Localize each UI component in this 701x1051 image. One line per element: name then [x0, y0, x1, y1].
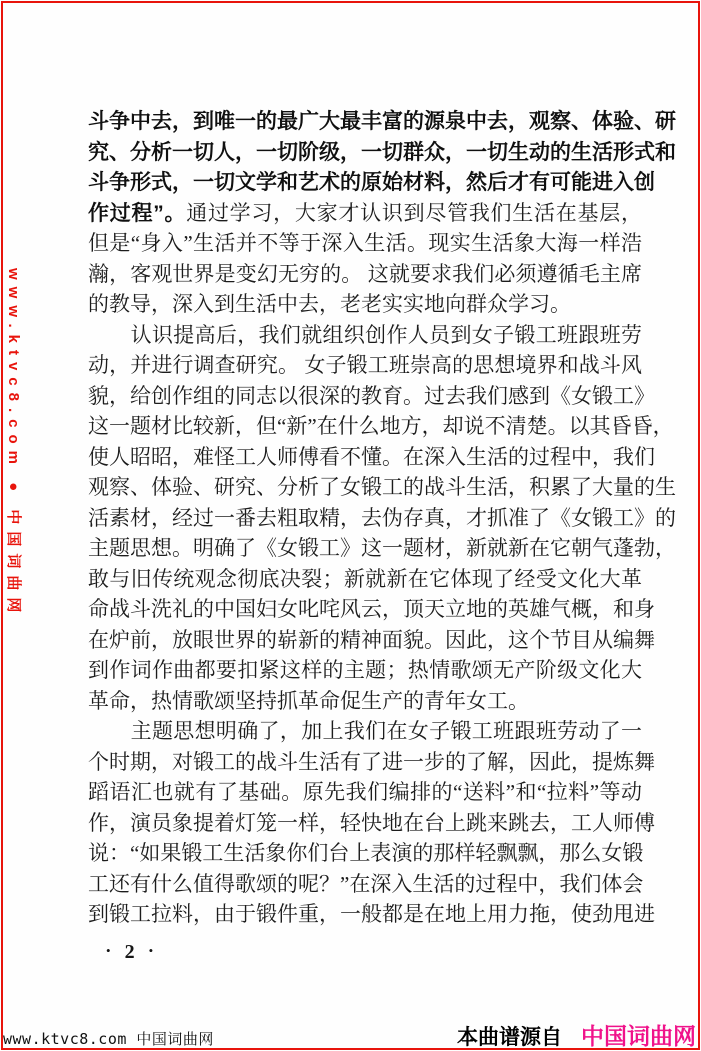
quote-text: 斗争中去，到唯一的最广大最丰富的源泉中去，观察、体验、研 — [88, 110, 676, 133]
body-text-segment: 到作词作曲都要扣紧这样的主题；热情歌颂无产阶级文化大 — [88, 658, 642, 682]
text-line: 瀚，客观世界是变幻无穷的。 这就要求我们必须遵循毛主席 — [88, 259, 642, 290]
text-line: 使人昭昭，难怪工人师傅看不懂。在深入生活的过程中，我们 — [88, 442, 642, 473]
quote-text: 斗争形式，一切文学和艺术的原始材料，然后才有可能进入创 — [88, 171, 655, 194]
text-line: 主题思想。明确了《女锻工》这一题材，新就新在它朝气蓬勃， — [88, 533, 642, 564]
watermark-footer-left: www.ktvc8.com 中国词曲网 — [3, 1028, 214, 1049]
text-line: 观察、体验、研究、分析了女锻工的战斗生活，积累了大量的生 — [88, 472, 642, 503]
body-text-segment: 敢与旧传统观念彻底决裂；新就新在它体现了经受文化大革 — [88, 567, 642, 591]
body-text-segment: 命战斗洗礼的中国妇女叱咤风云，顶天立地的英雄气概，和身 — [88, 597, 655, 621]
text-line: 主题思想明确了，加上我们在女子锻工班跟班劳动了一 — [88, 716, 642, 747]
text-line: 命战斗洗礼的中国妇女叱咤风云，顶天立地的英雄气概，和身 — [88, 594, 642, 625]
quote-text: 作过程”。 — [88, 202, 186, 225]
text-line: 作过程”。通过学习，大家才认识到尽管我们生活在基层， — [88, 198, 642, 229]
body-text-segment: 主题思想。明确了《女锻工》这一题材，新就新在它朝气蓬勃， — [88, 536, 676, 560]
body-text-segment: 使人昭昭，难怪工人师傅看不懂。在深入生活的过程中，我们 — [88, 445, 655, 469]
text-line: 这一题材比较新，但“新”在什么地方，却说不清楚。以其昏昏， — [88, 411, 642, 442]
body-text-segment: 动，并进行调查研究。 女子锻工班崇高的思想境界和战斗风 — [88, 353, 642, 377]
text-line: 革命，热情歌颂坚持抓革命促生产的青年女工。 — [88, 686, 642, 717]
watermark-footer-right: 本曲谱源自 中国词曲网 — [457, 1018, 696, 1051]
body-text-segment: 革命，热情歌颂坚持抓革命促生产的青年女工。 — [88, 689, 529, 713]
text-line: 蹈语汇也就有了基础。原先我们编排的“送料”和“拉料”等动 — [88, 777, 642, 808]
body-text-segment: 认识提高后，我们就组织创作人员到女子锻工班跟班劳 — [88, 323, 642, 347]
text-line: 敢与旧传统观念彻底决裂；新就新在它体现了经受文化大革 — [88, 564, 642, 595]
body-text-segment: 貌，给创作组的同志以很深的教育。过去我们感到《女锻工》 — [88, 384, 655, 408]
page-number-dot-left: • — [106, 943, 111, 958]
body-text-segment: 瀚，客观世界是变幻无穷的。 这就要求我们必须遵循毛主席 — [88, 262, 642, 286]
body-text-segment: 观察、体验、研究、分析了女锻工的战斗生活，积累了大量的生 — [88, 475, 676, 499]
body-text-segment: 主题思想明确了，加上我们在女子锻工班跟班劳动了一 — [88, 719, 642, 743]
body-text: 斗争中去，到唯一的最广大最丰富的源泉中去，观察、体验、研究、分析一切人，一切阶级… — [88, 106, 642, 930]
body-text-segment: 的教导，深入到生活中去，老老实实地向群众学习。 — [88, 292, 571, 316]
body-text-segment: 个时期，对锻工的战斗生活有了进一步的了解，因此，提炼舞 — [88, 750, 655, 774]
watermark-side-text: www.ktvc8.com ● 中国词曲网 — [4, 268, 25, 619]
page-number-dot-right: • — [149, 943, 154, 958]
body-text-segment: 这一题材比较新，但“新”在什么地方，却说不清楚。以其昏昏， — [88, 414, 674, 438]
page-number-value: 2 — [125, 941, 135, 963]
body-text-segment: 活素材，经过一番去粗取精，去伪存真，才抓准了《女锻工》的 — [88, 506, 676, 530]
footer-brand: 中国词曲网 — [581, 1018, 696, 1051]
body-text-segment: 作，演员象提着灯笼一样，轻快地在台上跳来跳去，工人师傅 — [88, 811, 655, 835]
body-text-segment: 但是“身入”生活并不等于深入生活。现实生活象大海一样浩 — [88, 231, 642, 255]
text-line: 斗争形式，一切文学和艺术的原始材料，然后才有可能进入创 — [88, 167, 642, 198]
text-line: 但是“身入”生活并不等于深入生活。现实生活象大海一样浩 — [88, 228, 642, 259]
body-text-segment: 到锻工拉料，由于锻件重，一般都是在地上用力拖，使劲甩进 — [88, 902, 655, 926]
text-line: 认识提高后，我们就组织创作人员到女子锻工班跟班劳 — [88, 320, 642, 351]
text-line: 到作词作曲都要扣紧这样的主题；热情歌颂无产阶级文化大 — [88, 655, 642, 686]
text-line: 在炉前，放眼世界的崭新的精神面貌。因此，这个节目从编舞 — [88, 625, 642, 656]
text-line: 活素材，经过一番去粗取精，去伪存真，才抓准了《女锻工》的 — [88, 503, 642, 534]
quote-text: 究、分析一切人，一切阶级，一切群众，一切生动的生活形式和 — [88, 141, 676, 164]
text-line: 貌，给创作组的同志以很深的教育。过去我们感到《女锻工》 — [88, 381, 642, 412]
text-line: 说：“如果锻工生活象你们台上表演的那样轻飘飘，那么女锻 — [88, 838, 642, 869]
text-line: 究、分析一切人，一切阶级，一切群众，一切生动的生活形式和 — [88, 137, 642, 168]
text-line: 个时期，对锻工的战斗生活有了进一步的了解，因此，提炼舞 — [88, 747, 642, 778]
footer-source-label: 本曲谱源自 — [457, 1021, 562, 1051]
body-text-segment: 在炉前，放眼世界的崭新的精神面貌。因此，这个节目从编舞 — [88, 628, 655, 652]
text-line: 的教导，深入到生活中去，老老实实地向群众学习。 — [88, 289, 642, 320]
text-line: 斗争中去，到唯一的最广大最丰富的源泉中去，观察、体验、研 — [88, 106, 642, 137]
page-number: •2• — [106, 941, 153, 964]
text-line: 动，并进行调查研究。 女子锻工班崇高的思想境界和战斗风 — [88, 350, 642, 381]
body-text-segment: 工还有什么值得歌颂的呢？”在深入生活的过程中，我们体会 — [88, 872, 643, 896]
body-text-segment: 通过学习，大家才认识到尽管我们生活在基层， — [186, 201, 642, 225]
text-line: 作，演员象提着灯笼一样，轻快地在台上跳来跳去，工人师傅 — [88, 808, 642, 839]
scanned-page: www.ktvc8.com ● 中国词曲网 斗争中去，到唯一的最广大最丰富的源泉… — [0, 0, 701, 1051]
body-text-segment: 蹈语汇也就有了基础。原先我们编排的“送料”和“拉料”等动 — [88, 780, 642, 804]
body-text-segment: 说：“如果锻工生活象你们台上表演的那样轻飘飘，那么女锻 — [88, 841, 643, 865]
text-line: 工还有什么值得歌颂的呢？”在深入生活的过程中，我们体会 — [88, 869, 642, 900]
text-line: 到锻工拉料，由于锻件重，一般都是在地上用力拖，使劲甩进 — [88, 899, 642, 930]
